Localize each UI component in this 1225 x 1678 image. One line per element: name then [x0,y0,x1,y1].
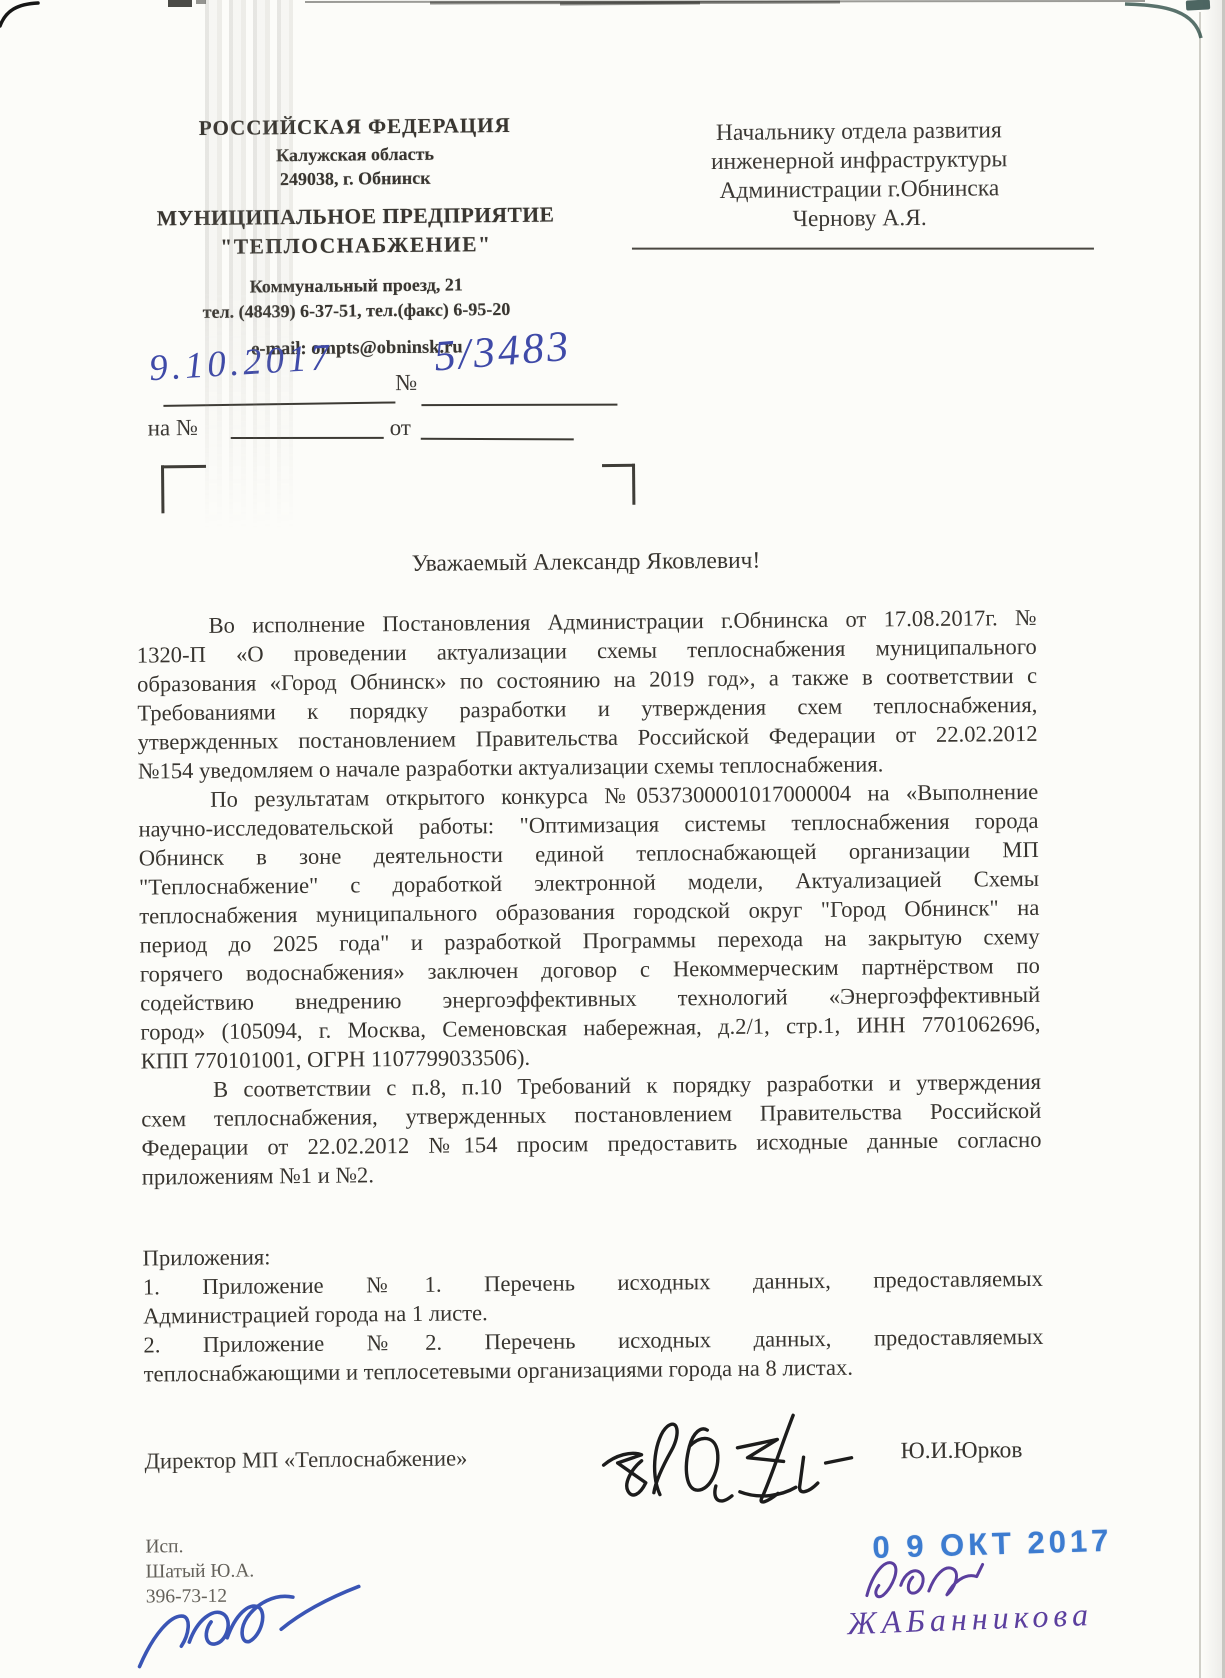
paragraph-3: В соответствии с п.8, п.10 Требований к … [141,1067,1042,1192]
recipient-line: Начальнику отдела развития [628,115,1090,148]
director-signature-ink [597,1401,858,1518]
letter-sheet: РОССИЙСКАЯ ФЕДЕРАЦИЯ Калужская область 2… [0,0,1225,1678]
scanned-letter-page: { "colors": { "stamp_blue": "#3d7cd0", "… [0,0,1225,1678]
scan-artifact-right-shade [1202,0,1222,1678]
paragraph-1: Во исполнение Постановления Администраци… [136,603,1038,786]
attachment-item: 2. Приложение №2. Перечень исходных данн… [143,1322,1044,1389]
recipient-underline [632,248,1094,250]
letter-body: Уважаемый Александр Яковлевич! Во исполн… [136,544,1044,1389]
signer-name: Ю.И.Юрков [900,1437,1022,1465]
attachment-item: 1. Приложение №1. Перечень исходных данн… [143,1264,1044,1331]
handwritten-number: 5/3483 [432,322,573,382]
scan-artifact-top-edge [0,0,1225,70]
signer-position-title: Директор МП «Теплоснабжение» [144,1445,467,1474]
executor-label: Исп. [145,1533,254,1559]
blue-pen-scribble [131,1578,367,1675]
number-label: № [395,370,417,396]
salutation: Уважаемый Александр Яковлевич! [136,544,1036,582]
reply-to-label: на № [148,415,198,441]
recipient-block: Начальнику отдела развития инженерной ин… [628,115,1091,235]
paragraph-2: По результатам открытого конкурса №05373… [138,777,1041,1076]
number-underline [421,404,617,407]
handwritten-note: ЖАБанникова [847,1596,1094,1642]
from-label: от [390,415,411,441]
recipient-line: Администрации г.Обнинска [628,173,1090,206]
address-corner-mark-right [602,464,635,505]
recipient-line: Чернову А.Я. [629,202,1091,235]
scan-artifact-paper-edge [1199,12,1201,1678]
scan-artifact-smudge-band [198,0,293,530]
attachments-block: Приложения: 1. Приложение №1. Перечень и… [142,1235,1043,1389]
recipient-line: инженерной инфраструктуры [628,144,1090,177]
from-underline [421,438,574,441]
